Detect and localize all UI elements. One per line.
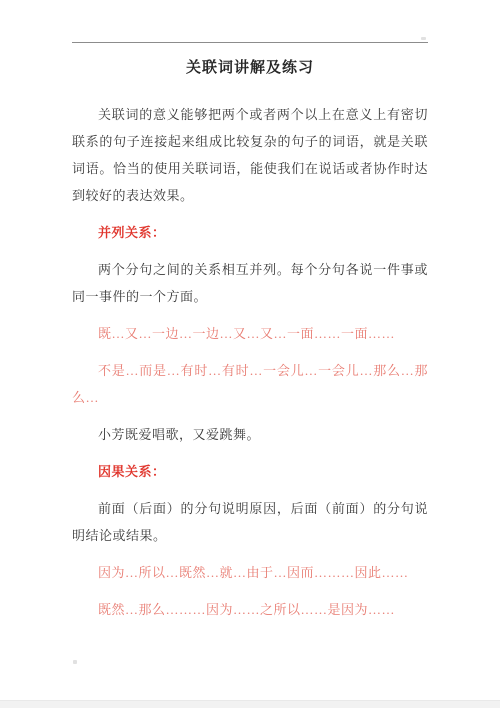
- example-sentence: 小芳既爱唱歌，又爱跳舞。: [72, 421, 428, 448]
- page-artifact-dot: [421, 37, 426, 40]
- section-heading-causal: 因果关系：: [72, 458, 428, 485]
- conjunction-phrase-line: 既…又…一边…一边…又…又…一面……一面……: [72, 320, 428, 347]
- document-page: 关联词讲解及练习 关联词的意义能够把两个或者两个以上在意义上有密切联系的句子连接…: [0, 0, 500, 701]
- document-title: 关联词讲解及练习: [72, 57, 428, 79]
- page-artifact-dot: [73, 660, 77, 664]
- section-description-causal: 前面（后面）的分句说明原因，后面（前面）的分句说明结论或结果。: [72, 495, 428, 549]
- conjunction-phrase-line: 不是…而是…有时…有时…一会儿…一会儿…那么…那么…: [72, 357, 428, 411]
- section-description-parallel: 两个分句之间的关系相互并列。每个分句各说一件事或同一事件的一个方面。: [72, 256, 428, 310]
- header-rule: [72, 42, 428, 43]
- page-bottom-edge: [0, 700, 500, 708]
- intro-paragraph: 关联词的意义能够把两个或者两个以上在意义上有密切联系的句子连接起来组成比较复杂的…: [72, 101, 428, 209]
- conjunction-phrase-line: 因为…所以…既然…就…由于…因而………因此……: [72, 559, 428, 586]
- conjunction-phrase-line: 既然…那么………因为……之所以……是因为……: [72, 596, 428, 623]
- section-heading-parallel: 并列关系：: [72, 219, 428, 246]
